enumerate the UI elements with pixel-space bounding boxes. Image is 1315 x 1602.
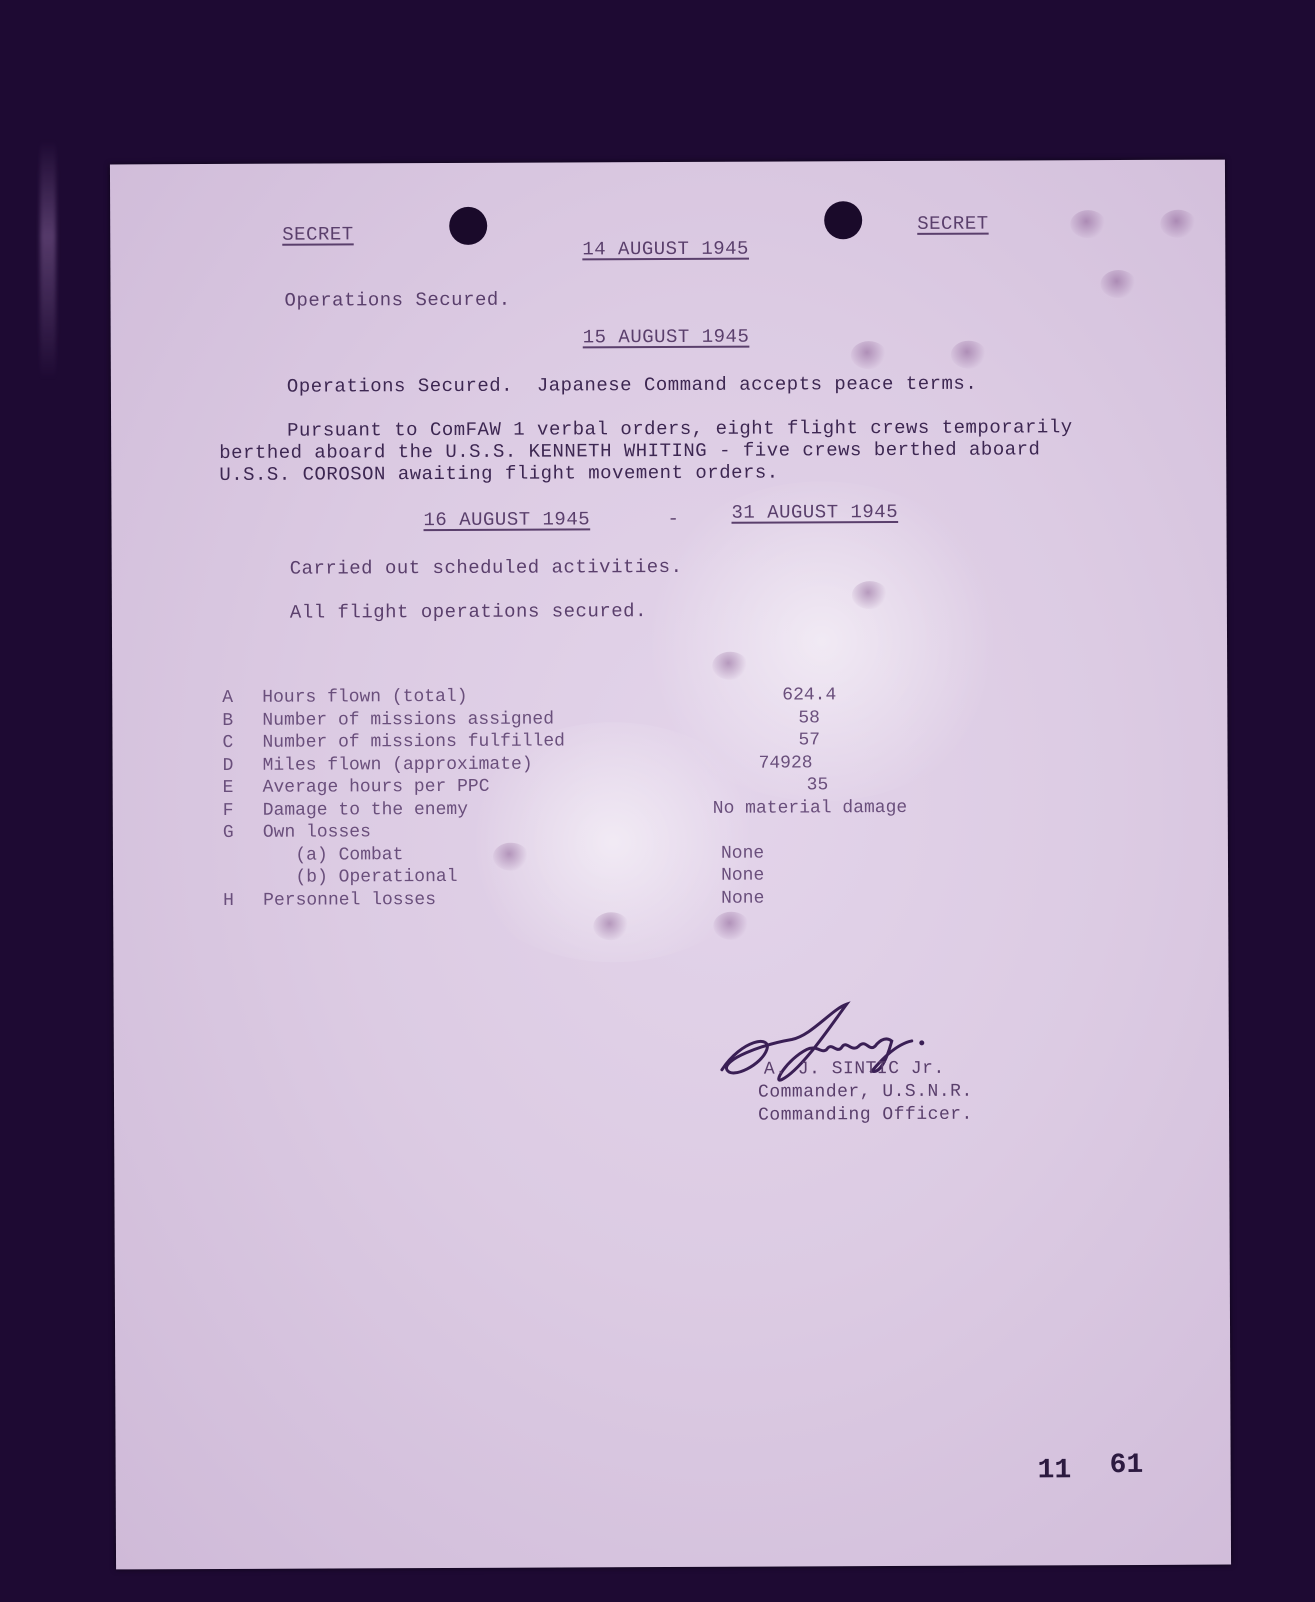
period-to: 31 AUGUST 1945 xyxy=(731,501,898,524)
stat-row: HPersonnel lossesNone xyxy=(223,886,908,911)
page-number: 61 xyxy=(1110,1450,1144,1481)
entry-date: 14 AUGUST 1945 xyxy=(582,238,749,261)
stat-row: CNumber of missions fulfilled57 xyxy=(222,729,907,754)
classification-right: SECRET xyxy=(917,213,989,235)
stat-row: BNumber of missions assigned58 xyxy=(222,706,907,731)
period-line: Carried out scheduled activities. xyxy=(290,556,683,580)
signatory-rank: Commander, U.S.N.R. xyxy=(758,1082,973,1103)
dent xyxy=(1070,210,1106,238)
entry-text: Operations Secured. Japanese Command acc… xyxy=(287,373,977,398)
document-page: SECRET SECRET 14 AUGUST 1945 Operations … xyxy=(110,160,1231,1570)
stat-row: AHours flown (total)624.4 xyxy=(222,684,907,709)
stat-row: (b) OperationalNone xyxy=(223,864,908,889)
stat-row: EAverage hours per PPC35 xyxy=(223,774,908,799)
dent xyxy=(593,912,629,940)
paragraph-line: U.S.S. COROSON awaiting flight movement … xyxy=(219,462,778,486)
film-streak xyxy=(40,140,56,380)
period-line: All flight operations secured. xyxy=(290,600,647,624)
page-number: 11 xyxy=(1038,1455,1072,1486)
stat-row: FDamage to the enemyNo material damage xyxy=(223,796,908,821)
stat-row: (a) CombatNone xyxy=(223,841,908,866)
statistics-list: AHours flown (total)624.4 BNumber of mis… xyxy=(222,684,907,912)
dent xyxy=(852,581,888,609)
stat-row: GOwn losses xyxy=(223,819,908,844)
paragraph-line: berthed aboard the U.S.S. KENNETH WHITIN… xyxy=(219,438,1040,464)
dent xyxy=(1100,270,1136,298)
dent xyxy=(713,912,749,940)
classification-left: SECRET xyxy=(282,223,354,245)
punch-hole xyxy=(824,201,862,239)
dent xyxy=(1160,210,1196,238)
entry-date: 15 AUGUST 1945 xyxy=(583,326,750,349)
signatory-title: Commanding Officer. xyxy=(758,1105,973,1126)
period-separator: - xyxy=(667,508,679,530)
dent xyxy=(951,341,987,369)
period-from: 16 AUGUST 1945 xyxy=(423,508,590,531)
punch-hole xyxy=(449,207,487,245)
stat-row: DMiles flown (approximate)74928 xyxy=(223,751,908,776)
dent xyxy=(851,341,887,369)
entry-text: Operations Secured. xyxy=(284,289,510,312)
dent xyxy=(712,652,748,680)
signatory-name: A. J. SINTIC Jr. xyxy=(764,1059,945,1080)
